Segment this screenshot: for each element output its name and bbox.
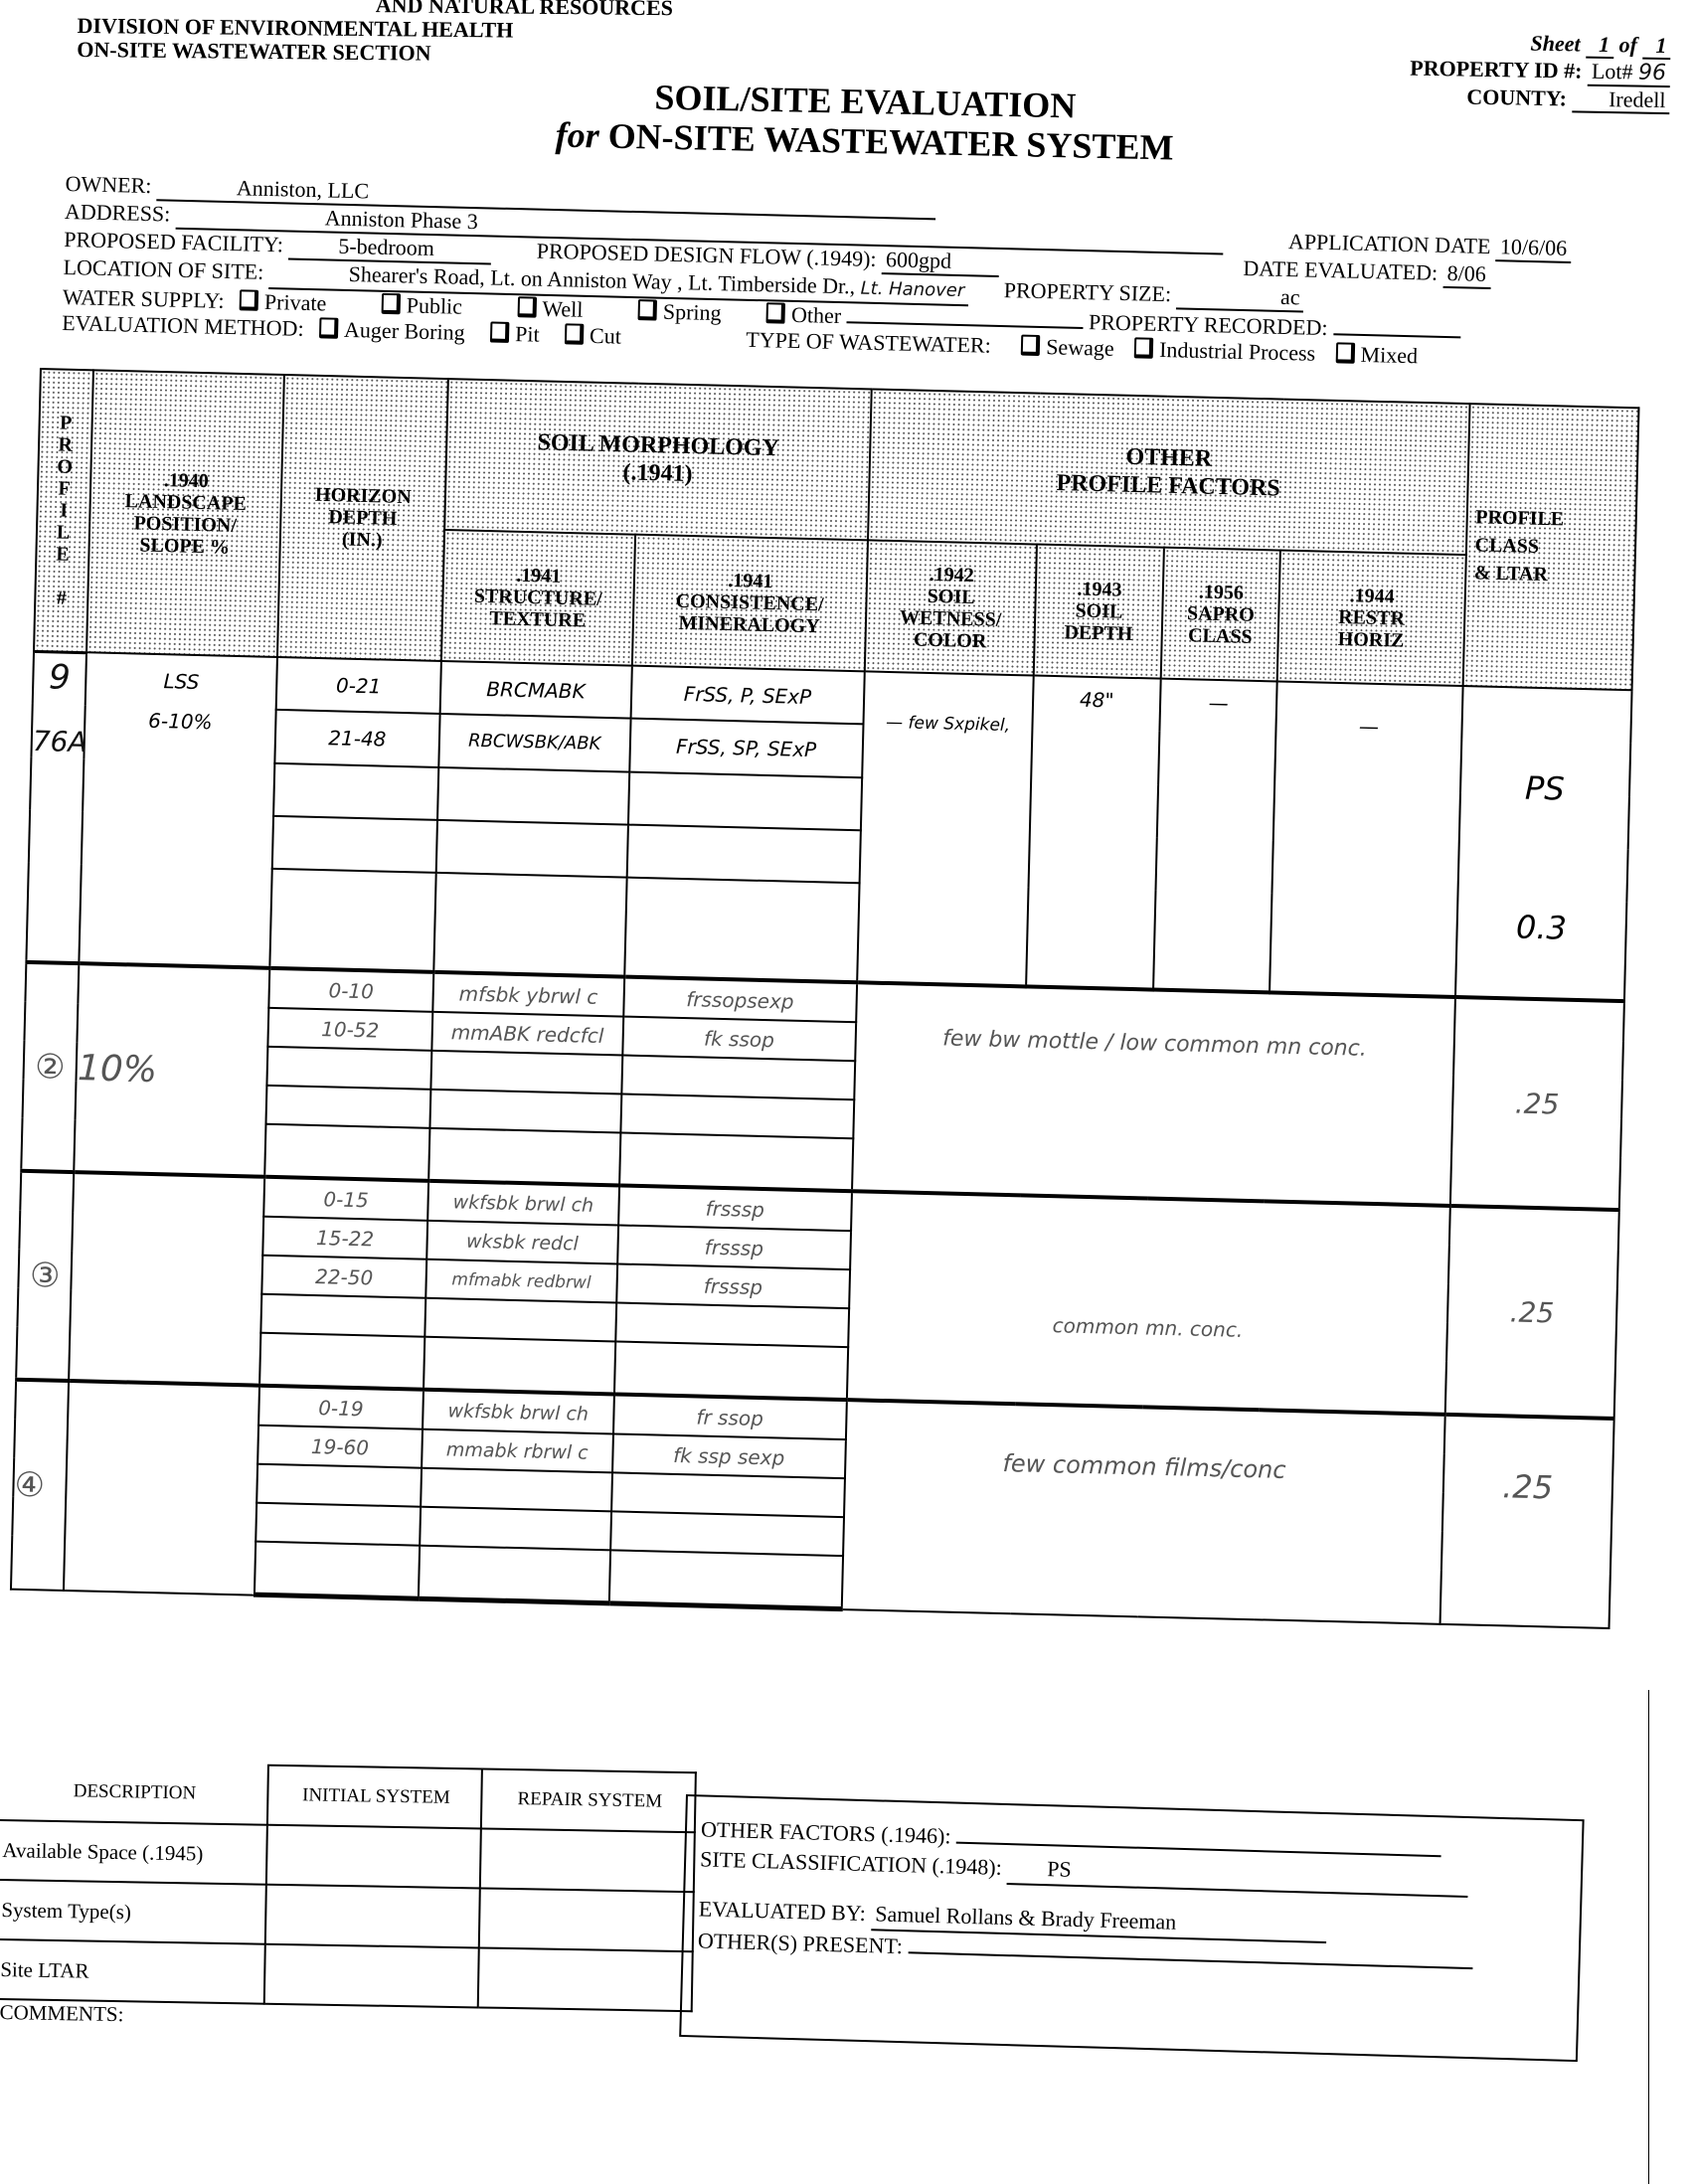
initial-system-header: INITIAL SYSTEM (267, 1765, 482, 1829)
scan-edge-line (1648, 1690, 1649, 2184)
form-fields: OWNER: Anniston, LLC ADDRESS: Anniston P… (62, 171, 1656, 375)
structure-header: .1941STRUCTURE/TEXTURE (441, 530, 635, 666)
landscape-cell (69, 1172, 264, 1386)
structure-cell (420, 1507, 611, 1551)
ltar-cell: .25 (1444, 1206, 1619, 1419)
horizon-depth-cell (260, 1294, 425, 1337)
other-factors-notes: few common films/conc (842, 1400, 1445, 1623)
checkbox-well[interactable]: Well (517, 295, 584, 322)
landscape-cell (64, 1381, 259, 1595)
consistence-cell: FrSS, SP, SExP (629, 719, 863, 777)
consistence-cell (626, 824, 860, 883)
horizon-depth-cell: 19-60 (257, 1426, 423, 1468)
ltar-cell: .25 (1449, 997, 1624, 1210)
structure-cell (428, 1128, 620, 1186)
horizon-depth-cell (256, 1464, 422, 1507)
horizon-depth-cell (254, 1542, 420, 1599)
checkbox-spring[interactable]: Spring (638, 298, 722, 325)
consistence-cell (608, 1550, 843, 1608)
consistence-cell: FrSS, P, SExP (630, 666, 864, 725)
available-space-initial[interactable] (266, 1825, 481, 1889)
structure-cell: RBCWSBK/ABK (438, 714, 630, 771)
checkbox-other[interactable]: Other (766, 301, 842, 328)
consistence-cell: frssopsexp (623, 977, 857, 1023)
other-factors-box: OTHER FACTORS (.1946): SITE CLASSIFICATI… (679, 1794, 1584, 2062)
checkbox-sewage[interactable]: Sewage (1021, 334, 1114, 361)
profile-class-header: PROFILECLASS& LTAR (1462, 404, 1638, 690)
horizon-depth-cell (269, 869, 435, 972)
consistence-cell (621, 1056, 855, 1100)
summary-label: Site LTAR (0, 1939, 265, 2004)
agency-section: ON-SITE WASTEWATER SECTION (77, 38, 672, 68)
structure-cell: mmabk rbrwl c (422, 1429, 613, 1473)
site-ltar-repair[interactable] (478, 1947, 693, 2011)
consistence-cell (628, 771, 862, 830)
horizon-depth-cell (264, 1124, 429, 1181)
consistence-header: .1941CONSISTENCE/MINERALOGY (631, 535, 867, 672)
summary-row: Site LTAR (0, 1939, 693, 2011)
structure-cell: mfsbk ybrwl c (432, 972, 624, 1017)
wetness-header: .1942SOILWETNESS/COLOR (865, 540, 1038, 675)
profile-number: ③ (16, 1171, 74, 1381)
ltar-cell: .25 (1440, 1415, 1614, 1628)
soil-morphology-header: SOIL MORPHOLOGY(.1941) (444, 379, 872, 540)
wetness-cell: — few Sxpikel, (857, 671, 1034, 986)
page-title: SOIL/SITE EVALUATION for ON-SITE WASTEWA… (516, 75, 1214, 169)
restr-header: .1944RESTRHORIZ (1277, 551, 1466, 687)
consistence-cell (624, 878, 860, 983)
checkbox-industrial[interactable]: Industrial Process (1134, 336, 1316, 365)
consistence-cell (610, 1511, 844, 1556)
other-factors-notes: common mn. conc. (847, 1191, 1450, 1415)
checkbox-auger[interactable]: Auger Boring (319, 316, 465, 345)
structure-cell: mmABK redcfcl (431, 1012, 623, 1056)
other-factors-header: OTHERPROFILE FACTORS (868, 389, 1469, 555)
structure-cell (419, 1546, 610, 1603)
profile-number: ④ (11, 1380, 69, 1591)
structure-cell (423, 1337, 615, 1395)
structure-cell: mfmabk redbrwl (425, 1260, 617, 1303)
consistence-cell: fr ssop (613, 1394, 847, 1439)
consistence-cell (620, 1094, 854, 1139)
soil-depth-cell: 48" (1026, 676, 1160, 990)
system-type-repair[interactable] (479, 1888, 694, 1951)
horizon-depth-cell: 0-21 (276, 657, 441, 714)
system-type-initial[interactable] (265, 1885, 480, 1948)
available-space-repair[interactable] (480, 1828, 695, 1892)
horizon-depth-cell (255, 1503, 421, 1546)
structure-cell (436, 820, 628, 878)
description-header: DESCRIPTION (0, 1761, 268, 1825)
profile-class-cell: PS0.3 (1454, 686, 1631, 1001)
horizon-depth-cell: 21-48 (274, 710, 439, 766)
structure-cell: BRCMABK (440, 661, 632, 719)
horizon-depth-cell (272, 816, 437, 873)
horizon-depth-cell: 0-19 (258, 1386, 423, 1429)
repair-system-header: REPAIR SYSTEM (481, 1768, 696, 1832)
consistence-cell: fk ssop (622, 1017, 856, 1062)
horizon-depth-cell: 0-10 (268, 968, 433, 1012)
profile-number: 976A (26, 651, 86, 963)
profile-number: ② (21, 962, 79, 1172)
horizon-depth-header: HORIZONDEPTH(IN.) (277, 375, 448, 661)
summary-label: Available Space (.1945) (0, 1820, 267, 1885)
horizon-depth-cell: 22-50 (261, 1256, 426, 1298)
date-evaluated-field[interactable]: DATE EVALUATED: 8/06 (1243, 255, 1491, 286)
consistence-cell: frsssp (617, 1225, 851, 1269)
checkbox-mixed[interactable]: Mixed (1335, 341, 1418, 368)
header-row-1: PROFILE# .1940LANDSCAPEPOSITION/SLOPE % … (37, 369, 1638, 559)
sapro-header: .1956SAPROCLASS (1161, 548, 1280, 682)
consistence-cell (614, 1341, 848, 1400)
structure-cell (437, 767, 629, 825)
structure-cell (429, 1090, 621, 1133)
structure-cell (424, 1298, 616, 1342)
checkbox-pit[interactable]: Pit (490, 320, 540, 346)
structure-cell (433, 873, 626, 976)
structure-cell: wkfsbk brwl ch (427, 1181, 619, 1226)
horizon-depth-cell (265, 1086, 430, 1128)
other-factors-notes: few bw mottle / low common mn conc. (852, 982, 1455, 1206)
consistence-cell (615, 1302, 849, 1347)
county: COUNTY: Iredell (1291, 82, 1689, 115)
system-summary-table: DESCRIPTION INITIAL SYSTEM REPAIR SYSTEM… (0, 1760, 696, 2037)
summary-label: System Type(s) (0, 1880, 266, 1944)
checkbox-cut[interactable]: Cut (565, 322, 621, 348)
horizon-depth-cell: 15-22 (262, 1217, 427, 1260)
horizon-depth-cell: 0-15 (263, 1177, 428, 1221)
horizon-depth-cell (266, 1047, 431, 1090)
soil-depth-header: .1943SOILDEPTH (1034, 545, 1164, 679)
horizon-depth-cell (273, 762, 438, 819)
consistence-cell: fk ssp sexp (612, 1433, 846, 1478)
consistence-cell: frsssp (616, 1263, 850, 1308)
structure-cell: wkfsbk brwl ch (423, 1390, 614, 1434)
consistence-cell (611, 1472, 845, 1517)
restr-cell: — (1270, 682, 1462, 997)
structure-cell (421, 1468, 612, 1512)
sheet-info: Sheet 1 of 1 PROPERTY ID #: Lot# 96 COUN… (1291, 27, 1690, 115)
horizon-depth-cell (259, 1333, 424, 1390)
profile-number-header: PROFILE# (34, 369, 93, 652)
landscape-cell: LSS6-10% (80, 652, 277, 968)
checkbox-public[interactable]: Public (381, 292, 462, 319)
sapro-cell: — (1153, 679, 1277, 993)
consistence-cell: frsssp (618, 1185, 852, 1231)
agency-header: AND NATURAL RESOURCES DIVISION OF ENVIRO… (77, 0, 673, 68)
checkbox-private[interactable]: Private (240, 288, 327, 315)
landscape-cell: 10% (74, 963, 269, 1177)
horizon-depth-cell: 10-52 (267, 1008, 432, 1051)
site-ltar-initial[interactable] (264, 1944, 479, 2008)
structure-cell (430, 1051, 622, 1094)
landscape-header: .1940LANDSCAPEPOSITION/SLOPE % (86, 370, 284, 657)
soil-evaluation-table: PROFILE# .1940LANDSCAPEPOSITION/SLOPE % … (5, 368, 1639, 1818)
structure-cell: wksbk redcl (426, 1221, 618, 1264)
consistence-cell (619, 1132, 853, 1191)
